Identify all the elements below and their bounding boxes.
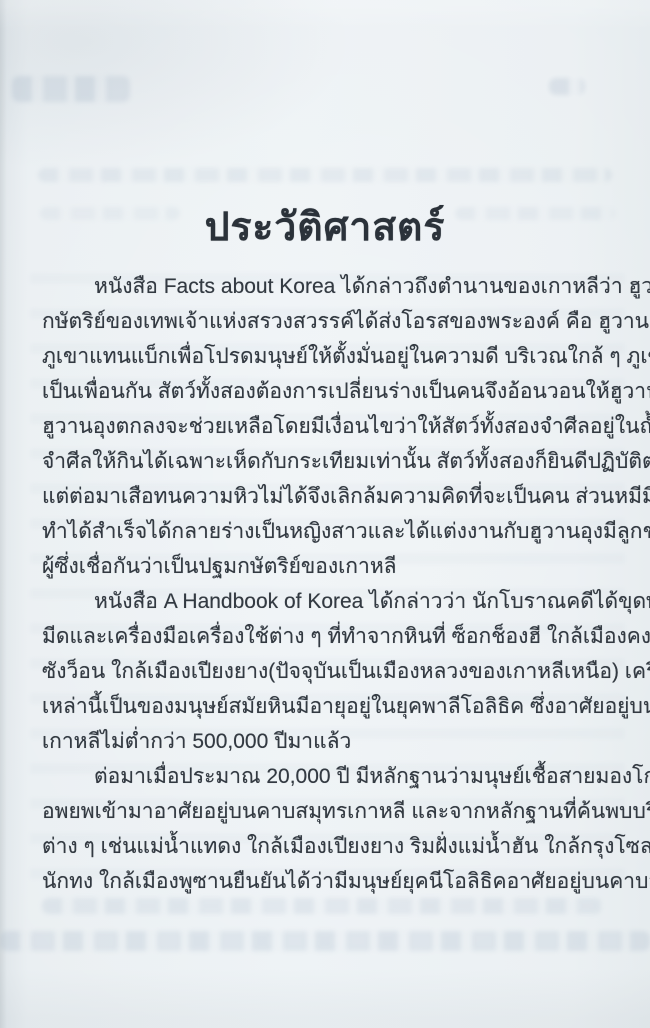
body-text: หนังสือ Facts about Korea ได้กล่าวถึงตำน…	[42, 269, 622, 899]
paragraph-3-line-2: อพยพเข้ามาอาศัยอยู่บนคาบสมุทรเกาหลี และจ…	[42, 794, 622, 829]
paragraph-2-line-2: มีดและเครื่องมือเครื่องใช้ต่าง ๆ ที่ทำจา…	[42, 619, 622, 654]
paragraph-2-line-3: ซังว็อน ใกล้เมืองเปียงยาง(ปัจจุบันเป็นเม…	[42, 654, 622, 689]
page-title: ประวัติศาสตร์	[0, 196, 650, 258]
paragraph-3-line-4: นักทง ใกล้เมืองพูซานยืนยันได้ว่ามีมนุษย์…	[42, 864, 622, 899]
bleed-through-line	[38, 168, 612, 182]
bleed-through-header	[12, 76, 130, 102]
paragraph-1-line-6: จำศีลให้กินได้เฉพาะเห็ดกับกระเทียมเท่านั…	[42, 444, 622, 479]
paragraph-1-line-2: กษัตริย์ของเทพเจ้าแห่งสรวงสวรรค์ได้ส่งโอ…	[42, 304, 622, 339]
paragraph-1-line-3: ภูเขาแทนแบ็กเพื่อโปรดมนุษย์ให้ตั้งมั่นอย…	[42, 339, 622, 374]
paragraph-2-line-4: เหล่านี้เป็นของมนุษย์สมัยหินมีอายุอยู่ใน…	[42, 689, 622, 724]
paragraph-1-line-8: ทำได้สำเร็จได้กลายร่างเป็นหญิงสาวและได้แ…	[42, 514, 622, 549]
bleed-through-line	[42, 898, 602, 914]
paragraph-1-line-9: ผู้ซึ่งเชื่อกันว่าเป็นปฐมกษัตริย์ของเกาห…	[42, 549, 622, 584]
paragraph-1-line-4: เป็นเพื่อนกัน สัตว์ทั้งสองต้องการเปลี่ยน…	[42, 374, 622, 409]
paragraph-1-line-7: แต่ต่อมาเสือทนความหิวไม่ได้จึงเลิกล้มควา…	[42, 479, 622, 514]
paragraph-3-line-3: ต่าง ๆ เช่นแม่น้ำแทดง ใกล้เมืองเปียงยาง …	[42, 829, 622, 864]
paragraph-3-line-1: ต่อมาเมื่อประมาณ 20,000 ปี มีหลักฐานว่าม…	[42, 759, 622, 794]
paragraph-2-line-5: เกาหลีไม่ต่ำกว่า 500,000 ปีมาแล้ว	[42, 724, 622, 759]
paragraph-2-line-1: หนังสือ A Handbook of Korea ได้กล่าวว่า …	[42, 584, 622, 619]
bleed-through-page-number	[549, 78, 585, 95]
paragraph-1-line-5: ฮูวานอุงตกลงจะช่วยเหลือโดยมีเงื่อนไขว่าใ…	[42, 409, 622, 444]
bleed-through-line	[0, 931, 650, 951]
paragraph-1-line-1: หนังสือ Facts about Korea ได้กล่าวถึงตำน…	[42, 269, 622, 304]
book-page: ประวัติศาสตร์ หนังสือ Facts about Korea …	[0, 0, 650, 1028]
